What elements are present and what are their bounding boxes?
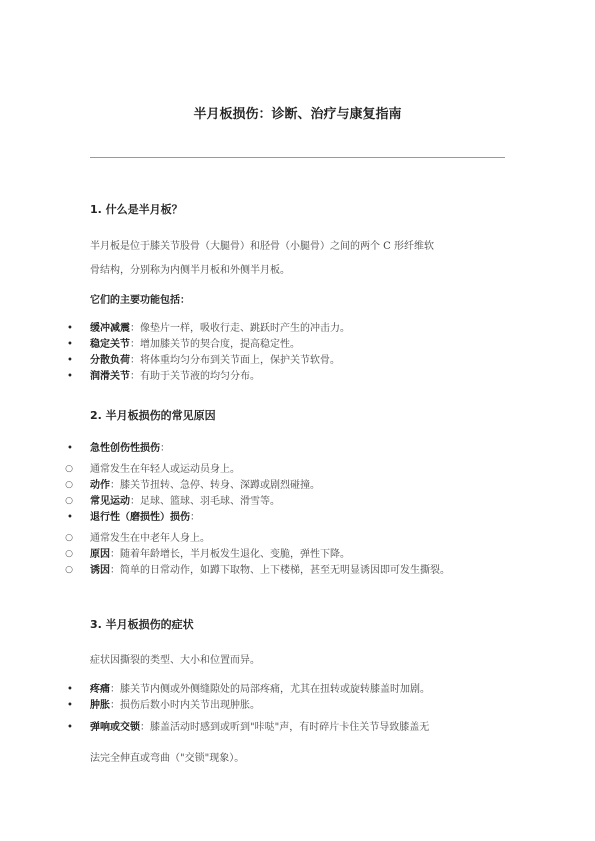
bullet-icon: •	[65, 354, 75, 368]
bullet-icon: •	[65, 721, 75, 735]
item-label: 诱因	[90, 565, 110, 576]
sub-list-item: ○ 动作：膝关节扭转、急停、转身、深蹲或剧烈碰撞。	[90, 479, 510, 493]
sub-list-item: ○ 通常发生在年轻人或运动员身上。	[90, 463, 510, 477]
section-heading-causes: 2. 半月板损伤的常见原因	[90, 407, 216, 423]
list-item-continuation: 法完全伸直或弯曲（"交锁"现象）。	[90, 748, 510, 769]
circle-bullet-icon: ○	[64, 495, 74, 509]
item-label: 稳定关节	[90, 339, 130, 350]
list-item: • 弹响或交锁：膝盖活动时感到或听到"咔哒"声，有时碎片卡住关节导致膝盖无	[90, 721, 510, 735]
item-text: ：膝关节扭转、急停、转身、深蹲或剧烈碰撞。	[110, 480, 320, 491]
item-label: 急性创伤性损伤	[90, 443, 160, 454]
bullet-icon: •	[65, 511, 75, 525]
list-item-acute-injury: • 急性创伤性损伤：	[90, 442, 510, 456]
item-label: 退行性（磨损性）损伤	[90, 512, 190, 523]
list-item: • 缓冲减震：像垫片一样，吸收行走、跳跃时产生的冲击力。	[90, 322, 510, 336]
item-label: 润滑关节	[90, 371, 130, 382]
item-text: ：像垫片一样，吸收行走、跳跃时产生的冲击力。	[130, 323, 350, 334]
item-text: ：损伤后数小时内关节出现肿胀。	[110, 700, 260, 711]
bullet-icon: •	[65, 699, 75, 713]
document-title: 半月板损伤：诊断、治疗与康复指南	[0, 103, 595, 122]
list-item: • 润滑关节：有助于关节液的均匀分布。	[90, 370, 510, 384]
item-text: 通常发生在中老年人身上。	[90, 533, 210, 544]
bullet-icon: •	[65, 322, 75, 336]
circle-bullet-icon: ○	[64, 463, 74, 477]
horizontal-divider	[90, 157, 505, 158]
item-text: ：简单的日常动作，如蹲下取物、上下楼梯，甚至无明显诱因即可发生撕裂。	[110, 565, 450, 576]
bullet-icon: •	[65, 683, 75, 697]
sub-list-item: ○ 通常发生在中老年人身上。	[90, 532, 510, 546]
section-1-paragraph-line-2: 骨结构，分别称为内侧半月板和外侧半月板。	[90, 260, 510, 281]
item-text: ：将体重均匀分布到关节面上，保护关节软骨。	[130, 355, 340, 366]
item-label: 弹响或交锁	[90, 722, 140, 733]
item-text: 通常发生在年轻人或运动员身上。	[90, 464, 240, 475]
sub-list-item: ○ 诱因：简单的日常动作，如蹲下取物、上下楼梯，甚至无明显诱因即可发生撕裂。	[90, 564, 500, 578]
item-label: 动作	[90, 480, 110, 491]
item-suffix: ：	[160, 443, 170, 454]
list-item: • 稳定关节：增加膝关节的契合度，提高稳定性。	[90, 338, 510, 352]
functions-subheading: 它们的主要功能包括：	[90, 290, 510, 311]
list-item: • 疼痛：膝关节内侧或外侧缝隙处的局部疼痛，尤其在扭转或旋转膝盖时加剧。	[90, 683, 510, 697]
sub-list-item: ○ 常见运动：足球、篮球、羽毛球、滑雪等。	[90, 495, 510, 509]
section-3-paragraph: 症状因撕裂的类型、大小和位置而异。	[90, 650, 510, 671]
item-text: ：增加膝关节的契合度，提高稳定性。	[130, 339, 300, 350]
list-item: • 肿胀：损伤后数小时内关节出现肿胀。	[90, 699, 510, 713]
item-text: ：膝盖活动时感到或听到"咔哒"声，有时碎片卡住关节导致膝盖无	[140, 722, 429, 733]
item-suffix: ：	[190, 512, 200, 523]
circle-bullet-icon: ○	[64, 548, 74, 562]
item-label: 缓冲减震	[90, 323, 130, 334]
item-text: ：膝关节内侧或外侧缝隙处的局部疼痛，尤其在扭转或旋转膝盖时加剧。	[110, 684, 430, 695]
list-item: • 分散负荷：将体重均匀分布到关节面上，保护关节软骨。	[90, 354, 510, 368]
item-label: 分散负荷	[90, 355, 130, 366]
bullet-icon: •	[65, 442, 75, 456]
bullet-icon: •	[65, 370, 75, 384]
item-label: 肿胀	[90, 700, 110, 711]
item-label: 常见运动	[90, 496, 130, 507]
section-heading-what-is-meniscus: 1. 什么是半月板？	[90, 201, 183, 217]
circle-bullet-icon: ○	[64, 479, 74, 493]
bullet-icon: •	[65, 338, 75, 352]
item-label: 原因	[90, 549, 110, 560]
item-text: ：足球、篮球、羽毛球、滑雪等。	[130, 496, 280, 507]
circle-bullet-icon: ○	[64, 532, 74, 546]
item-text: ：有助于关节液的均匀分布。	[130, 371, 260, 382]
circle-bullet-icon: ○	[64, 564, 74, 578]
list-item-degenerative-injury: • 退行性（磨损性）损伤：	[90, 511, 510, 525]
section-heading-symptoms: 3. 半月板损伤的症状	[90, 616, 194, 632]
item-label: 疼痛	[90, 684, 110, 695]
section-1-paragraph-line-1: 半月板是位于膝关节股骨（大腿骨）和胫骨（小腿骨）之间的两个 C 形纤维软	[90, 236, 510, 257]
sub-list-item: ○ 原因：随着年龄增长，半月板发生退化、变脆，弹性下降。	[90, 548, 510, 562]
item-text: ：随着年龄增长，半月板发生退化、变脆，弹性下降。	[110, 549, 350, 560]
